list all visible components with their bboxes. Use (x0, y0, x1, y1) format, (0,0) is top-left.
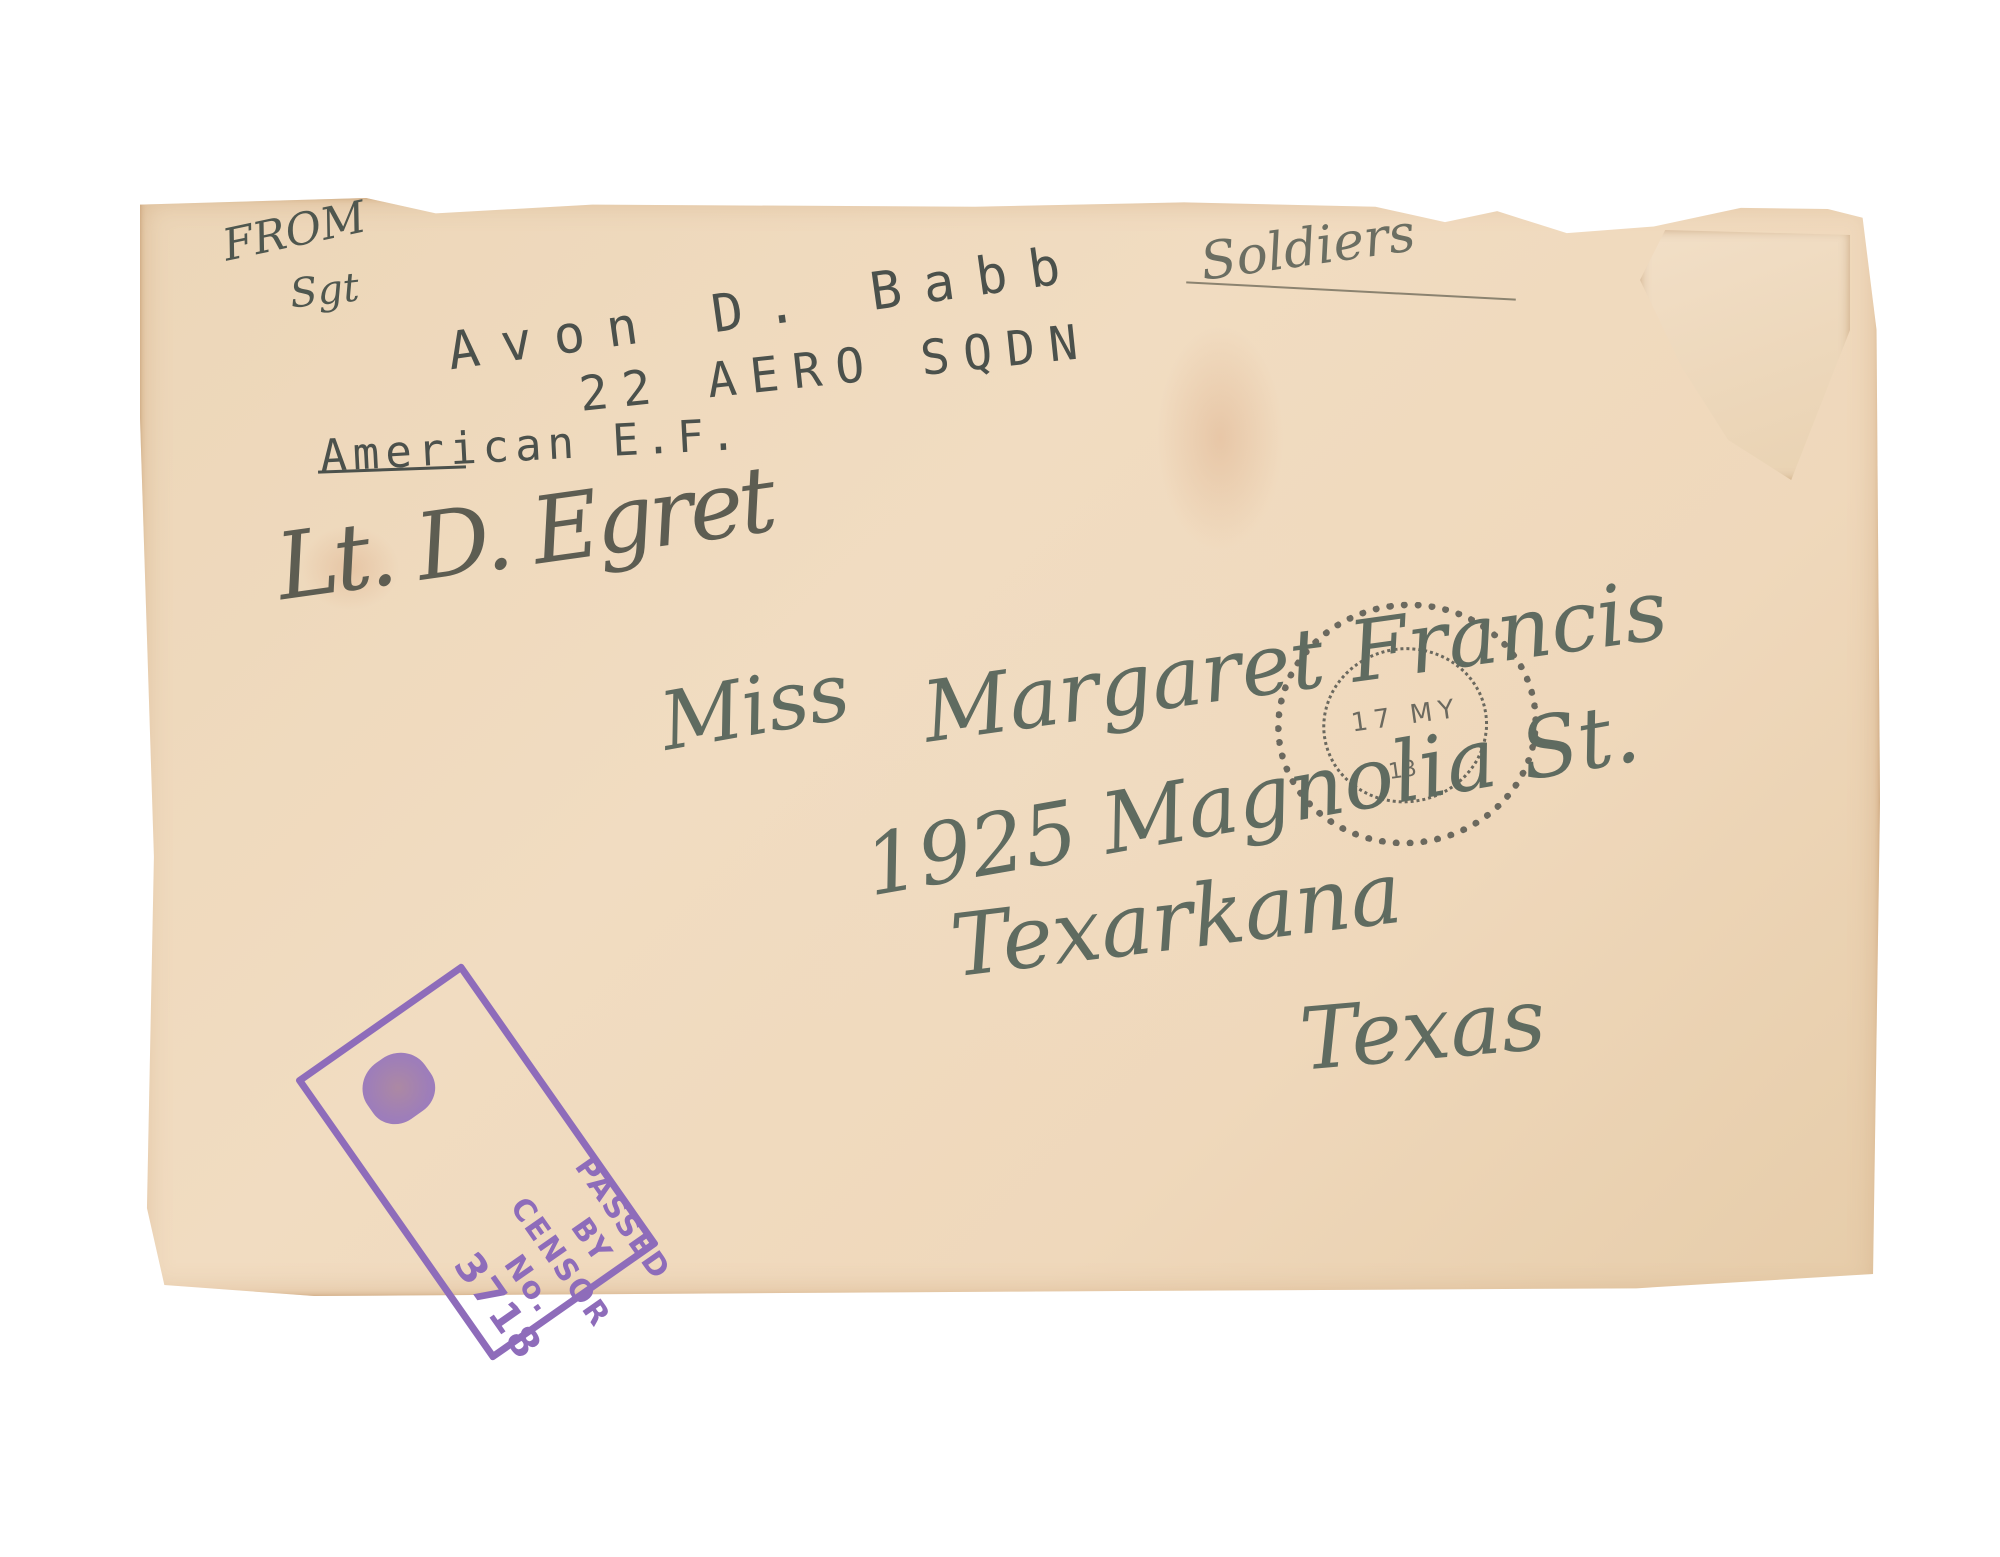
sender-rank: Sgt (288, 265, 362, 318)
crown-icon (351, 1041, 446, 1135)
censor-stamp: PASSED BY CENSOR No. 3718 (295, 930, 695, 1290)
recipient-state: Texas (1296, 969, 1549, 1090)
censor-stamp-frame: PASSED BY CENSOR No. 3718 (295, 963, 659, 1362)
censor-stamp-text: PASSED BY CENSOR No. 3718 (427, 1130, 692, 1395)
